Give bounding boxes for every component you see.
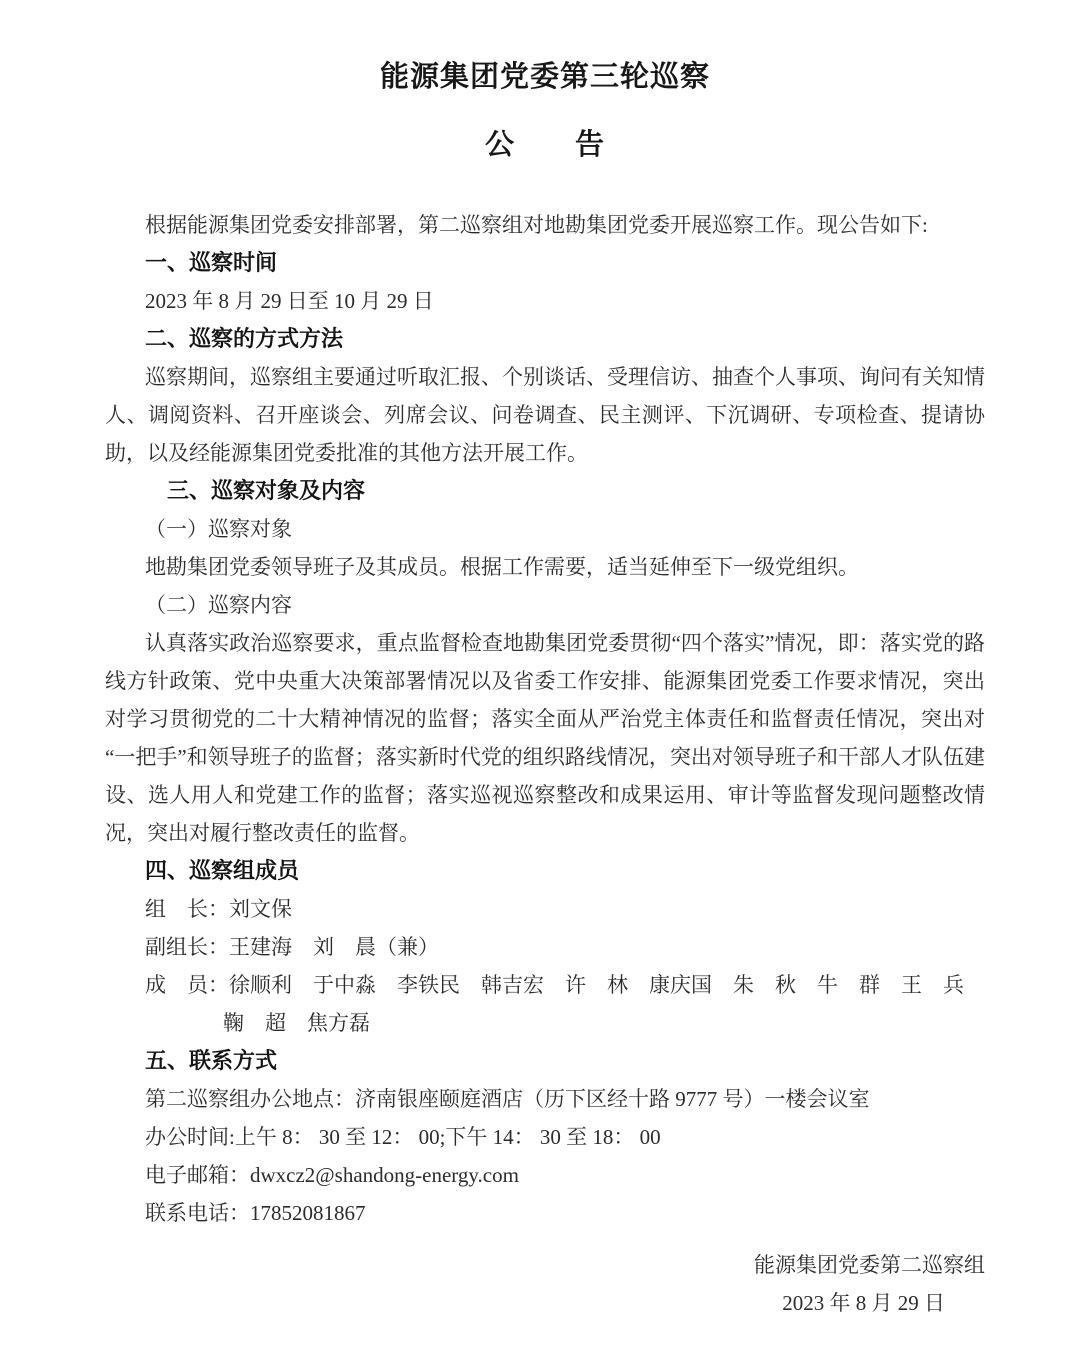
section5-heading: 五、联系方式	[105, 1042, 985, 1080]
inspection-period: 2023 年 8 月 29 日至 10 月 29 日	[105, 282, 985, 320]
section3-sub1-paragraph: 地勘集团党委领导班子及其成员。根据工作需要，适当延伸至下一级党组织。	[105, 548, 985, 586]
section3-heading: 三、巡察对象及内容	[105, 472, 985, 510]
email-line: 电子邮箱：dwxcz2@shandong-energy.com	[105, 1156, 985, 1194]
section3-sub2-paragraph: 认真落实政治巡察要求，重点监督检查地勘集团党委贯彻“四个落实”情况，即：落实党的…	[105, 624, 985, 852]
intro-paragraph: 根据能源集团党委安排部署，第二巡察组对地勘集团党委开展巡察工作。现公告如下:	[105, 206, 985, 244]
signature-org: 能源集团党委第二巡察组	[105, 1246, 985, 1284]
members-line-2: 鞠 超 焦方磊	[105, 1004, 985, 1042]
announcement-page: 能源集团党委第三轮巡察 公 告 根据能源集团党委安排部署，第二巡察组对地勘集团党…	[0, 0, 1080, 1372]
section2-paragraph: 巡察期间，巡察组主要通过听取汇报、个别谈话、受理信访、抽查个人事项、询问有关知情…	[105, 358, 985, 472]
section3-sub2-heading: （二）巡察内容	[105, 586, 985, 624]
office-address-line: 第二巡察组办公地点：济南银座颐庭酒店（历下区经十路 9777 号）一楼会议室	[105, 1080, 985, 1118]
deputy-leaders-line: 副组长：王建海 刘 晨（兼）	[105, 928, 985, 966]
phone-line: 联系电话：17852081867	[105, 1194, 985, 1232]
members-line-1: 成 员：徐顺利 于中淼 李铁民 韩吉宏 许 林 康庆国 朱 秋 牛 群 王 兵	[105, 966, 985, 1004]
section2-heading: 二、巡察的方式方法	[105, 320, 985, 358]
team-leader-line: 组 长：刘文保	[105, 890, 985, 928]
document-body: 根据能源集团党委安排部署，第二巡察组对地勘集团党委开展巡察工作。现公告如下: 一…	[105, 206, 985, 1232]
document-subtitle: 公 告	[105, 124, 985, 166]
document-title: 能源集团党委第三轮巡察	[105, 56, 985, 98]
section1-heading: 一、巡察时间	[105, 244, 985, 282]
signature-block: 能源集团党委第二巡察组 2023 年 8 月 29 日	[105, 1246, 985, 1322]
office-hours-line: 办公时间:上午 8： 30 至 12： 00;下午 14： 30 至 18： 0…	[105, 1118, 985, 1156]
signature-date: 2023 年 8 月 29 日	[105, 1284, 985, 1322]
section4-heading: 四、巡察组成员	[105, 852, 985, 890]
section3-sub1-heading: （一）巡察对象	[105, 510, 985, 548]
